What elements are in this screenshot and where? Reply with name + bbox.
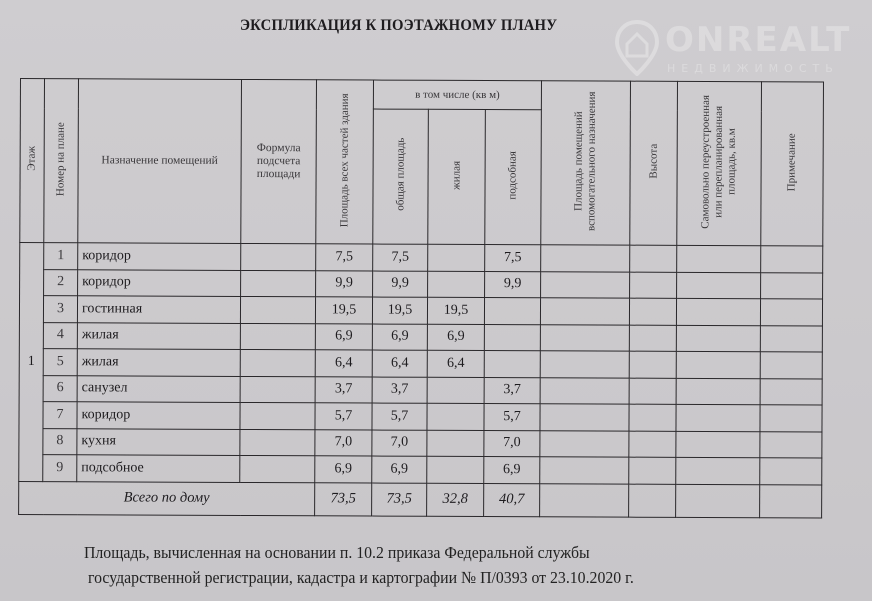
living-area (427, 456, 484, 483)
formula-cell (240, 376, 315, 403)
table-row: 9подсобное6,96,96,9 (19, 454, 822, 484)
height-cell (629, 351, 676, 378)
height-cell (629, 404, 676, 431)
header-total-area: Площадь всех частей здания (316, 80, 374, 244)
general-area: 7,0 (372, 430, 427, 457)
auxiliary-area: 3,7 (484, 377, 540, 404)
total-area: 3,7 (315, 376, 372, 403)
table-row: 2коридор9,99,99,9 (20, 269, 823, 299)
table-row: 7коридор5,75,75,7 (19, 401, 822, 431)
height-cell (630, 245, 677, 272)
plan-number: 5 (43, 349, 77, 376)
note-cell (761, 246, 823, 273)
note-cell (760, 431, 822, 458)
header-unauthorized: Самовольно переустроенная или перепланир… (677, 81, 762, 245)
header-including: в том числе (кв м) (373, 80, 541, 110)
plan-number: 9 (43, 455, 77, 482)
living-area: 6,4 (427, 350, 484, 377)
total-area: 7,0 (315, 429, 372, 456)
general-area: 7,5 (373, 244, 428, 271)
total-area: 5,7 (315, 403, 372, 430)
plan-number: 7 (43, 402, 77, 429)
height-cell (629, 298, 676, 325)
note-cell (760, 352, 822, 379)
formula-cell (240, 402, 315, 429)
auxiliary-area: 7,5 (485, 245, 541, 272)
plan-number: 6 (43, 375, 77, 402)
auxiliary-area (484, 351, 540, 378)
header-living: жилая (428, 109, 486, 244)
plan-number: 2 (44, 269, 78, 296)
auxiliary-area (484, 324, 540, 351)
room-purpose: кухня (77, 428, 240, 455)
total-area: 6,4 (315, 350, 372, 377)
document-title: ЭКСПЛИКАЦИЯ К ПОЭТАЖНОМУ ПЛАНУ (240, 17, 557, 35)
auxiliary-area: 9,9 (485, 271, 541, 298)
aux-purpose-area (540, 457, 629, 484)
footer-line-2: государственной регистрации, кадастра и … (88, 568, 795, 588)
totals-label: Всего по дому (19, 481, 315, 515)
unauthorized-cell (676, 378, 760, 405)
totals-living: 32,8 (427, 483, 484, 516)
aux-purpose-area (541, 245, 630, 272)
plan-number: 8 (43, 428, 77, 455)
room-purpose: подсобное (77, 455, 240, 482)
living-area (428, 244, 485, 271)
general-area: 6,9 (372, 324, 427, 351)
total-area: 19,5 (315, 297, 372, 324)
table-row: 6санузел3,73,73,7 (19, 375, 822, 405)
table-row: 8кухня7,07,07,0 (19, 428, 822, 458)
totals-general: 73,5 (372, 483, 427, 516)
totals-total: 73,5 (315, 482, 372, 515)
general-area: 6,4 (372, 350, 427, 377)
total-area: 7,5 (316, 244, 373, 271)
explication-table: Этаж Номер на плане Назначение помещений… (18, 78, 824, 518)
plan-number: 3 (43, 296, 77, 323)
height-cell (629, 378, 676, 405)
note-cell (760, 405, 822, 432)
header-formula: Формула подсчета площади (241, 79, 317, 243)
room-purpose: коридор (78, 243, 241, 270)
general-area: 6,9 (372, 456, 427, 483)
unauthorized-cell (676, 325, 760, 352)
formula-cell (240, 323, 315, 350)
table-row: 3гостинная19,519,519,5 (19, 296, 822, 326)
header-aux-purpose-area: Площадь помещений вспомогательного назна… (541, 81, 631, 245)
header-general-area: общая площадь (373, 109, 429, 244)
general-area: 3,7 (372, 377, 427, 404)
table-row: 4жилая6,96,96,9 (19, 322, 822, 352)
floor-cell: 1 (19, 243, 44, 482)
header-note: Примечание (761, 82, 824, 246)
table-row: 5жилая6,46,46,4 (19, 348, 822, 378)
height-cell (630, 272, 677, 299)
formula-cell (241, 270, 316, 297)
total-area: 6,9 (315, 323, 372, 350)
formula-cell (240, 296, 315, 323)
watermark-subtitle: НЕДВИЖИМОСТЬ (667, 62, 839, 75)
general-area: 9,9 (373, 271, 428, 298)
total-area: 6,9 (315, 456, 372, 483)
footer-line-1: Площадь, вычисленная на основании п. 10.… (84, 543, 791, 563)
aux-purpose-area (540, 351, 629, 378)
room-purpose: жилая (77, 322, 240, 349)
header-plan-number: Номер на плане (44, 79, 79, 243)
auxiliary-area (484, 298, 540, 325)
house-pin-icon (615, 20, 659, 76)
auxiliary-area: 7,0 (484, 430, 540, 457)
height-cell (629, 325, 676, 352)
total-area: 9,9 (316, 270, 373, 297)
room-purpose: коридор (78, 269, 241, 296)
living-area (427, 430, 484, 457)
plan-number: 4 (43, 322, 77, 349)
formula-cell (240, 455, 315, 482)
unauthorized-cell (677, 245, 761, 272)
header-height: Высота (630, 81, 678, 245)
room-purpose: жилая (77, 349, 240, 376)
room-purpose: коридор (77, 402, 240, 429)
auxiliary-area: 6,9 (484, 457, 540, 484)
room-purpose: санузел (77, 375, 240, 402)
aux-purpose-area (540, 324, 629, 351)
aux-purpose-area (540, 404, 629, 431)
header-floor: Этаж (20, 79, 45, 243)
formula-cell (240, 349, 315, 376)
totals-row: Всего по дому 73,5 73,5 32,8 40,7 (19, 481, 822, 518)
watermark: ONREALT НЕДВИЖИМОСТЬ (615, 18, 865, 78)
height-cell (629, 431, 676, 458)
watermark-brand: ONREALT (665, 20, 851, 60)
height-cell (629, 457, 676, 484)
header-auxiliary: подсобная (485, 110, 542, 245)
note-cell (760, 458, 822, 485)
unauthorized-cell (676, 298, 760, 325)
unauthorized-cell (677, 272, 761, 299)
table-row: 11коридор7,57,57,5 (20, 243, 823, 273)
living-area (427, 377, 484, 404)
note-cell (761, 272, 823, 299)
unauthorized-cell (676, 404, 760, 431)
aux-purpose-area (541, 271, 630, 298)
aux-purpose-area (540, 377, 629, 404)
note-cell (760, 378, 822, 405)
general-area: 5,7 (372, 403, 427, 430)
unauthorized-cell (676, 457, 760, 484)
unauthorized-cell (676, 431, 760, 458)
living-area: 6,9 (427, 324, 484, 351)
unauthorized-cell (676, 351, 760, 378)
auxiliary-area: 5,7 (484, 404, 540, 431)
formula-cell (240, 429, 315, 456)
note-cell (760, 299, 822, 326)
note-cell (760, 325, 822, 352)
aux-purpose-area (540, 298, 629, 325)
header-purpose: Назначение помещений (78, 79, 242, 244)
living-area (427, 403, 484, 430)
plan-number: 1 (44, 243, 78, 270)
living-area (428, 271, 485, 298)
general-area: 19,5 (372, 297, 427, 324)
formula-cell (241, 243, 316, 270)
aux-purpose-area (540, 430, 629, 457)
totals-auxiliary: 40,7 (484, 483, 540, 516)
room-purpose: гостинная (77, 296, 240, 323)
living-area: 19,5 (427, 297, 484, 324)
